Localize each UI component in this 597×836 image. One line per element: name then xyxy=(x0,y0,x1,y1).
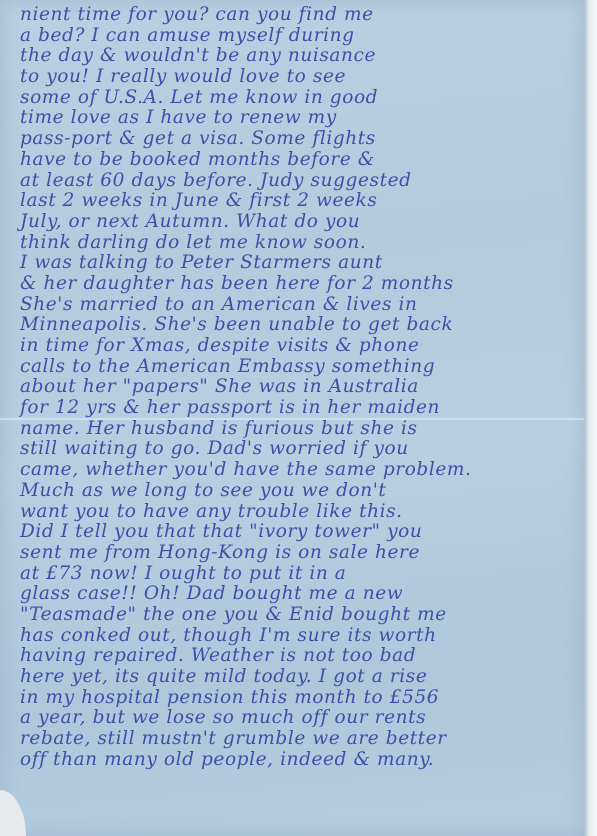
letter-line: I was talking to Peter Starmers aunt xyxy=(20,252,575,273)
letter-line: off than many old people, indeed & many. xyxy=(20,749,575,770)
letter-line: came, whether you'd have the same proble… xyxy=(20,459,575,480)
letter-line: & her daughter has been here for 2 month… xyxy=(20,273,575,294)
letter-line: about her "papers" She was in Australia xyxy=(20,376,575,397)
letter-line: sent me from Hong-Kong is on sale here xyxy=(20,542,575,563)
letter-line: the day & wouldn't be any nuisance xyxy=(20,45,575,66)
letter-line: want you to have any trouble like this. xyxy=(20,501,575,522)
letter-line: to you! I really would love to see xyxy=(20,66,575,87)
letter-line: in time for Xmas, despite visits & phone xyxy=(20,335,575,356)
letter-page: nient time for you? can you find me a be… xyxy=(0,0,584,836)
letter-line: calls to the American Embassy something xyxy=(20,356,575,377)
letter-line: some of U.S.A. Let me know in good xyxy=(20,87,575,108)
letter-line: think darling do let me know soon. xyxy=(20,232,575,253)
letter-line: at £73 now! I ought to put it in a xyxy=(20,563,575,584)
letter-line: July, or next Autumn. What do you xyxy=(20,211,575,232)
letter-line: for 12 yrs & her passport is in her maid… xyxy=(20,397,575,418)
letter-line: nient time for you? can you find me xyxy=(20,4,575,25)
letter-line: have to be booked months before & xyxy=(20,149,575,170)
letter-body: nient time for you? can you find me a be… xyxy=(20,4,590,769)
letter-line: time love as I have to renew my xyxy=(20,107,575,128)
letter-line: in my hospital pension this month to £55… xyxy=(20,687,575,708)
paper-edge xyxy=(584,0,597,836)
letter-line: Did I tell you that that "ivory tower" y… xyxy=(20,521,575,542)
letter-line: name. Her husband is furious but she is xyxy=(20,418,575,439)
letter-line: here yet, its quite mild today. I got a … xyxy=(20,666,575,687)
letter-line: She's married to an American & lives in xyxy=(20,294,575,315)
letter-line: a year, but we lose so much off our rent… xyxy=(20,707,575,728)
letter-line: pass-port & get a visa. Some flights xyxy=(20,128,575,149)
letter-line: still waiting to go. Dad's worried if yo… xyxy=(20,438,575,459)
letter-line: last 2 weeks in June & first 2 weeks xyxy=(20,190,575,211)
letter-line: Much as we long to see you we don't xyxy=(20,480,575,501)
letter-line: having repaired. Weather is not too bad xyxy=(20,645,575,666)
letter-line: Minneapolis. She's been unable to get ba… xyxy=(20,314,575,335)
letter-line: "Teasmade" the one you & Enid bought me xyxy=(20,604,575,625)
letter-line: has conked out, though I'm sure its wort… xyxy=(20,625,575,646)
letter-line: glass case!! Oh! Dad bought me a new xyxy=(20,583,575,604)
letter-line: at least 60 days before. Judy suggested xyxy=(20,170,575,191)
letter-line: a bed? I can amuse myself during xyxy=(20,25,575,46)
letter-line: rebate, still mustn't grumble we are bet… xyxy=(20,728,575,749)
